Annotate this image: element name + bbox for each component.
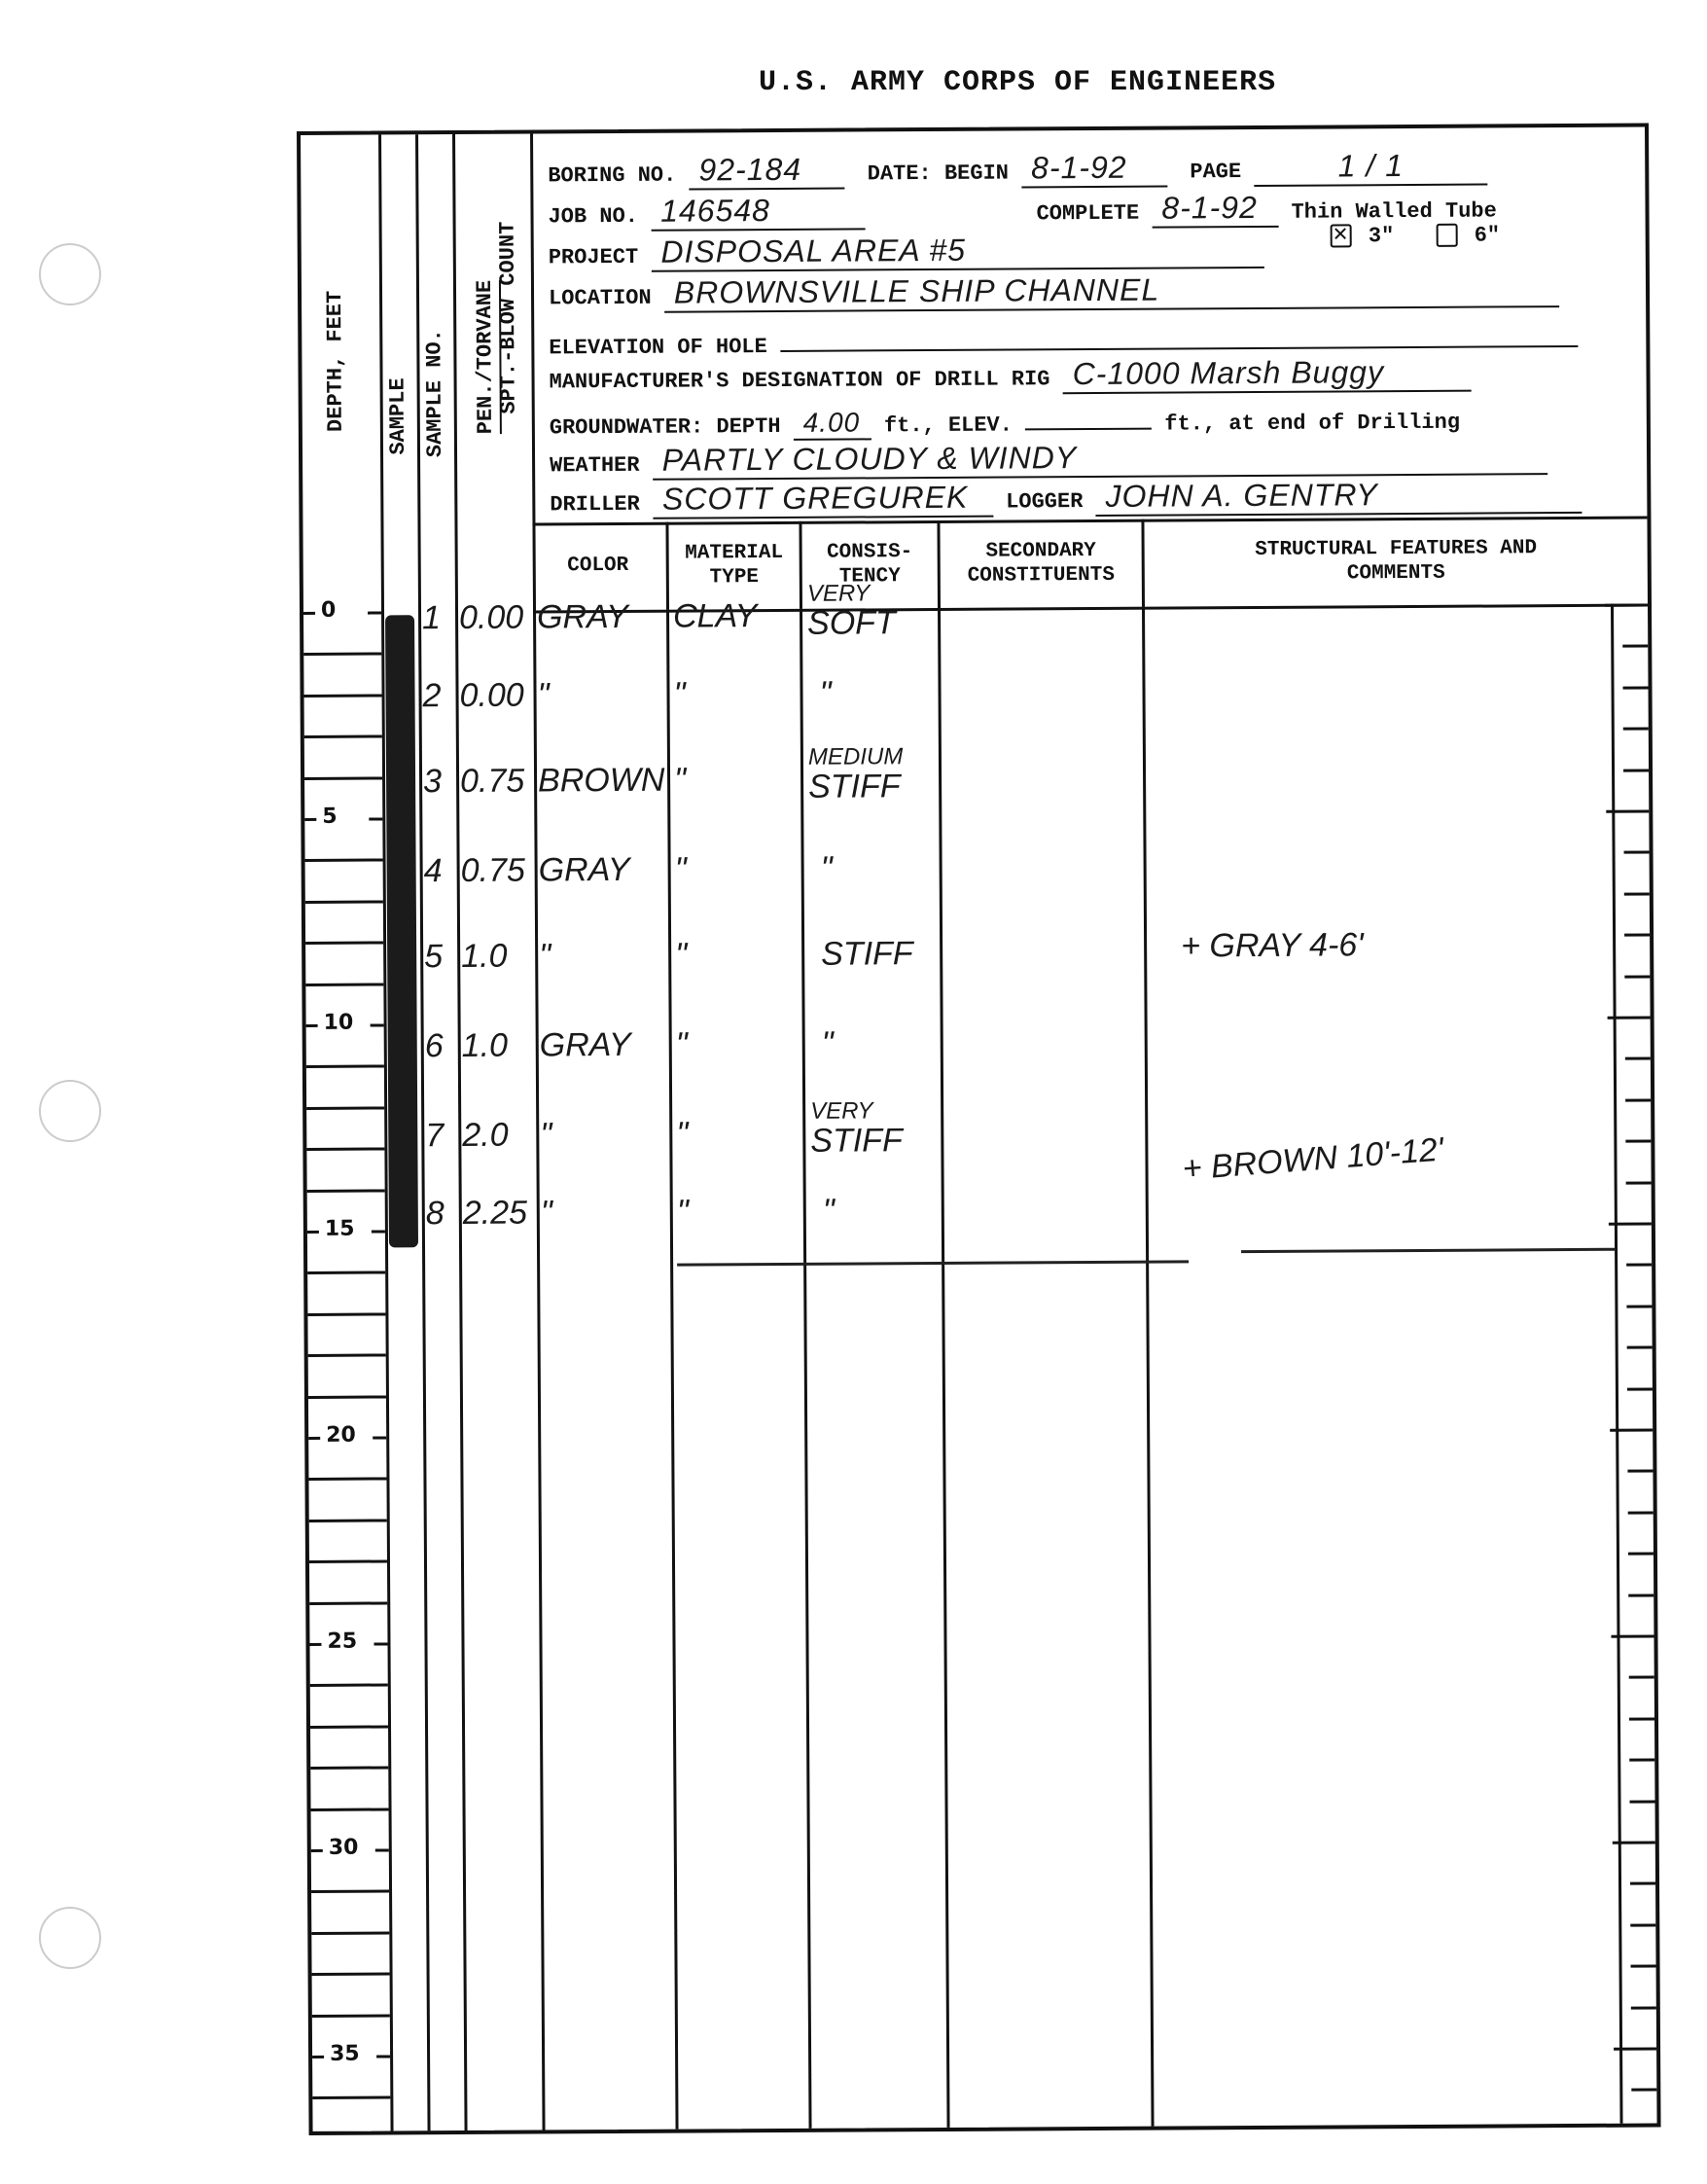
depth-tick bbox=[1628, 1511, 1654, 1514]
material-type-value: " bbox=[677, 1196, 689, 1229]
depth-label: 25 bbox=[323, 1629, 361, 1654]
depth-tick bbox=[307, 1189, 385, 1192]
date-label: DATE: bbox=[868, 161, 932, 186]
depth-tick bbox=[1609, 1223, 1652, 1226]
depth-tick bbox=[311, 1931, 389, 1934]
depth-tick bbox=[1623, 686, 1649, 689]
sample-no: 4 bbox=[424, 854, 443, 887]
end-of-boring-line bbox=[677, 1260, 1189, 1266]
depth-tick bbox=[312, 2056, 324, 2059]
depth-label: 0 bbox=[317, 598, 339, 623]
boring-no-label: BORING NO. bbox=[548, 163, 676, 189]
depth-label: 35 bbox=[326, 2042, 364, 2066]
depth-tick bbox=[308, 1478, 386, 1481]
page-field[interactable]: 1 / 1 bbox=[1254, 148, 1487, 187]
depth-tick bbox=[1623, 769, 1649, 771]
material-type-value: " bbox=[675, 853, 687, 886]
depth-tick bbox=[1628, 1553, 1654, 1556]
pen-torvane-value: 0.00 bbox=[459, 679, 523, 712]
sample-no: 7 bbox=[425, 1119, 444, 1152]
page-label: PAGE bbox=[1190, 160, 1241, 184]
col-header-color: COLOR bbox=[529, 522, 666, 611]
depth-tick bbox=[1625, 1057, 1651, 1060]
consistency-value: " bbox=[821, 852, 833, 885]
consistency-value: MEDIUM bbox=[808, 744, 903, 770]
col-header-secondary-constituents: SECONDARY CONSTITUENTS bbox=[937, 519, 1142, 608]
depth-tick bbox=[311, 1849, 323, 1852]
depth-tick bbox=[369, 817, 382, 820]
depth-tick bbox=[307, 1312, 385, 1315]
pen-torvane-value: 1.0 bbox=[461, 940, 507, 973]
begin-label: BEGIN bbox=[944, 161, 1009, 186]
depth-tick bbox=[306, 1065, 384, 1068]
tube-6in-checkbox[interactable] bbox=[1436, 224, 1457, 247]
depth-tick bbox=[1631, 2089, 1656, 2092]
depth-tick bbox=[1614, 2047, 1656, 2050]
consistency-value: " bbox=[822, 1027, 834, 1060]
color-value: " bbox=[541, 1196, 552, 1229]
depth-label: 5 bbox=[318, 805, 340, 829]
depth-tick bbox=[1624, 892, 1650, 895]
depth-tick bbox=[1626, 1305, 1652, 1307]
punch-hole bbox=[39, 1907, 101, 1969]
sample-header: SAMPLE bbox=[386, 377, 410, 454]
sample-no: 6 bbox=[425, 1029, 444, 1062]
depth-tick bbox=[376, 2055, 390, 2058]
depth-tick bbox=[1629, 1717, 1654, 1720]
consistency-value: STIFF bbox=[810, 1124, 903, 1158]
material-type-value: " bbox=[676, 1118, 688, 1151]
depth-tick bbox=[305, 859, 383, 862]
depth-tick bbox=[1630, 1923, 1655, 1926]
consistency-value: " bbox=[819, 677, 831, 710]
depth-tick bbox=[1625, 1098, 1651, 1101]
depth-tick bbox=[305, 983, 383, 985]
depth-tick bbox=[1606, 810, 1649, 813]
job-no-label: JOB NO. bbox=[548, 204, 638, 230]
depth-tick bbox=[1626, 1181, 1652, 1184]
job-no-field[interactable]: 146548 bbox=[651, 192, 865, 231]
depth-tick bbox=[1626, 1264, 1652, 1267]
depth-tick bbox=[305, 900, 383, 903]
depth-tick bbox=[307, 1271, 385, 1274]
sample-interval-bar bbox=[385, 615, 418, 1247]
depth-tick bbox=[1628, 1593, 1654, 1596]
pen-torvane-value: 0.00 bbox=[459, 601, 523, 634]
consistency-value: SOFT bbox=[807, 606, 896, 640]
comment-2: + BROWN 10'-12' bbox=[1181, 1130, 1444, 1188]
depth-tick bbox=[375, 1848, 389, 1851]
pen-torvane-value: 1.0 bbox=[462, 1029, 508, 1062]
depth-tick bbox=[306, 1148, 384, 1151]
material-type-value: " bbox=[673, 678, 685, 711]
project-label: PROJECT bbox=[549, 245, 639, 270]
depth-label: 30 bbox=[325, 1836, 363, 1860]
consistency-value: STIFF bbox=[821, 937, 913, 971]
divider bbox=[1142, 607, 1155, 2127]
depth-tick bbox=[1629, 1676, 1654, 1679]
consistency-value: VERY bbox=[810, 1098, 873, 1124]
depth-tick bbox=[1624, 934, 1650, 937]
material-type-value: " bbox=[674, 764, 686, 797]
consistency-value: " bbox=[823, 1195, 835, 1228]
depth-tick bbox=[309, 1560, 387, 1563]
depth-tick bbox=[1623, 728, 1649, 731]
groundwater-elev-field[interactable] bbox=[1025, 399, 1152, 431]
groundwater-depth-label: GROUNDWATER: DEPTH bbox=[550, 414, 781, 440]
tube-3in-label: 3" bbox=[1369, 224, 1395, 248]
thin-walled-tube-label: Thin Walled Tube bbox=[1291, 198, 1496, 224]
depth-tick bbox=[306, 1024, 318, 1027]
depth-tick bbox=[1622, 645, 1648, 648]
depth-tick bbox=[1610, 1429, 1653, 1432]
depth-tick bbox=[303, 612, 315, 615]
groundwater-elev-label: ft., ELEV. bbox=[884, 413, 1013, 439]
depth-tick bbox=[304, 694, 382, 697]
depth-tick bbox=[308, 1395, 386, 1398]
driller-field[interactable]: SCOTT GREGUREK bbox=[653, 480, 993, 519]
color-value: BROWN bbox=[538, 764, 665, 798]
depth-tick bbox=[1624, 851, 1650, 854]
material-type-value: CLAY bbox=[673, 599, 758, 633]
end-of-drilling-label: ft., at end of Drilling bbox=[1164, 411, 1460, 437]
depth-tick bbox=[373, 1436, 386, 1439]
depth-tick bbox=[310, 1684, 388, 1687]
logger-label: LOGGER bbox=[1006, 489, 1083, 514]
depth-tick bbox=[368, 611, 381, 614]
depth-tick bbox=[310, 1767, 388, 1770]
right-depth-ruler bbox=[1603, 604, 1657, 2124]
pen-torvane-value: 0.75 bbox=[461, 854, 525, 887]
depth-tick bbox=[309, 1643, 321, 1646]
weather-field[interactable]: PARTLY CLOUDY & WINDY bbox=[653, 437, 1547, 481]
depth-tick bbox=[1631, 1965, 1656, 1968]
complete-date-field[interactable]: 8-1-92 bbox=[1152, 190, 1278, 229]
color-value: " bbox=[539, 939, 551, 972]
depth-tick bbox=[307, 1231, 319, 1234]
depth-tick bbox=[1613, 1842, 1655, 1844]
depth-tick bbox=[1625, 1140, 1651, 1143]
drill-rig-label: MANUFACTURER'S DESIGNATION OF DRILL RIG bbox=[550, 367, 1050, 394]
material-type-value: " bbox=[675, 939, 687, 972]
depth-tick bbox=[309, 1519, 387, 1522]
col-header-material-type: MATERIAL TYPE bbox=[665, 521, 800, 610]
comment-1: + GRAY 4-6' bbox=[1181, 926, 1364, 965]
depth-tick bbox=[1627, 1346, 1653, 1349]
sample-no: 2 bbox=[422, 679, 441, 712]
color-value: GRAY bbox=[540, 1028, 631, 1062]
boring-log-form: DEPTH, FEET SAMPLE SAMPLE NO. PEN./TORVA… bbox=[297, 124, 1661, 2135]
depth-tick bbox=[312, 2014, 390, 2017]
col-header-structural-features: STRUCTURAL FEATURES AND COMMENTS bbox=[1141, 517, 1648, 607]
logger-field[interactable]: JOHN A. GENTRY bbox=[1095, 476, 1582, 517]
depth-label: 15 bbox=[321, 1217, 359, 1241]
material-type-value: " bbox=[676, 1028, 688, 1061]
depth-tick bbox=[304, 776, 382, 779]
depth-tick bbox=[1630, 1882, 1655, 1885]
depth-tick bbox=[1605, 604, 1648, 607]
depth-tick bbox=[1631, 2006, 1656, 2009]
sample-no: 5 bbox=[424, 940, 443, 973]
punch-hole bbox=[39, 1080, 101, 1142]
depth-tick bbox=[310, 1725, 388, 1728]
depth-tick bbox=[308, 1354, 386, 1357]
project-field[interactable]: DISPOSAL AREA #5 bbox=[651, 231, 1263, 272]
depth-tick bbox=[312, 1973, 390, 1976]
complete-label: COMPLETE bbox=[1036, 201, 1139, 227]
depth-tick bbox=[304, 735, 382, 738]
location-field[interactable]: BROWNSVILLE SHIP CHANNEL bbox=[664, 269, 1559, 313]
punch-hole bbox=[39, 243, 101, 305]
drill-rig-field[interactable]: C-1000 Marsh Buggy bbox=[1063, 354, 1472, 395]
depth-tick bbox=[312, 2096, 390, 2099]
location-label: LOCATION bbox=[549, 286, 652, 311]
color-value: GRAY bbox=[539, 853, 630, 887]
driller-label: DRILLER bbox=[550, 492, 640, 518]
depth-tick bbox=[303, 653, 381, 656]
depth-tick bbox=[309, 1601, 387, 1604]
page-title: U.S. ARMY CORPS OF ENGINEERS bbox=[759, 66, 1276, 99]
depth-tick bbox=[305, 942, 383, 945]
depth-tick bbox=[372, 1230, 385, 1233]
divider bbox=[666, 610, 679, 2130]
depth-tick bbox=[1627, 1387, 1653, 1390]
boring-header: BORING NO. 92-184 DATE: BEGIN 8-1-92 PAG… bbox=[530, 127, 1647, 526]
depth-tick bbox=[1627, 1470, 1653, 1473]
depth-tick bbox=[1624, 975, 1650, 978]
weather-label: WEATHER bbox=[550, 453, 640, 479]
depth-ruler: 05101520253035 bbox=[303, 611, 391, 2130]
color-value: GRAY bbox=[537, 600, 628, 634]
depth-tick bbox=[311, 1890, 389, 1893]
depth-tick bbox=[1630, 1800, 1655, 1803]
sample-no-header: SAMPLE NO. bbox=[422, 329, 447, 457]
consistency-value: VERY bbox=[807, 581, 871, 606]
divider bbox=[938, 608, 950, 2128]
depth-tick bbox=[1611, 1635, 1654, 1638]
depth-tick bbox=[1629, 1759, 1654, 1762]
depth-tick bbox=[308, 1437, 320, 1440]
sample-no: 1 bbox=[422, 601, 441, 634]
tube-6in-label: 6" bbox=[1475, 223, 1501, 247]
color-value: " bbox=[537, 678, 549, 711]
pen-torvane-value: 2.25 bbox=[463, 1197, 527, 1230]
begin-date-field[interactable]: 8-1-92 bbox=[1021, 150, 1167, 189]
depth-tick bbox=[373, 1642, 387, 1645]
depth-label: 20 bbox=[322, 1423, 360, 1448]
depth-label: 10 bbox=[320, 1011, 358, 1035]
boring-no-field[interactable]: 92-184 bbox=[689, 152, 844, 191]
tube-3in-checkbox[interactable] bbox=[1331, 225, 1352, 248]
elevation-label: ELEVATION OF HOLE bbox=[549, 335, 767, 360]
depth-tick bbox=[306, 1106, 384, 1109]
depth-tick bbox=[304, 818, 316, 821]
pen-torvane-value: 2.0 bbox=[462, 1119, 508, 1152]
depth-tick bbox=[371, 1023, 384, 1026]
color-value: " bbox=[540, 1118, 551, 1151]
end-of-boring-line bbox=[1241, 1248, 1615, 1253]
depth-feet-header: DEPTH, FEET bbox=[323, 291, 348, 432]
depth-tick bbox=[1608, 1017, 1651, 1020]
depth-tick bbox=[311, 1808, 389, 1810]
groundwater-depth-field[interactable]: 4.00 bbox=[794, 407, 871, 440]
elevation-field[interactable] bbox=[780, 312, 1578, 352]
sample-no: 3 bbox=[423, 765, 442, 798]
pen-torvane-value: 0.75 bbox=[460, 765, 524, 798]
consistency-value: STIFF bbox=[808, 770, 901, 804]
sample-no: 8 bbox=[426, 1197, 445, 1230]
divider bbox=[800, 609, 812, 2129]
spt-blow-count-header: SPT.-BLOW COUNT bbox=[496, 222, 521, 414]
